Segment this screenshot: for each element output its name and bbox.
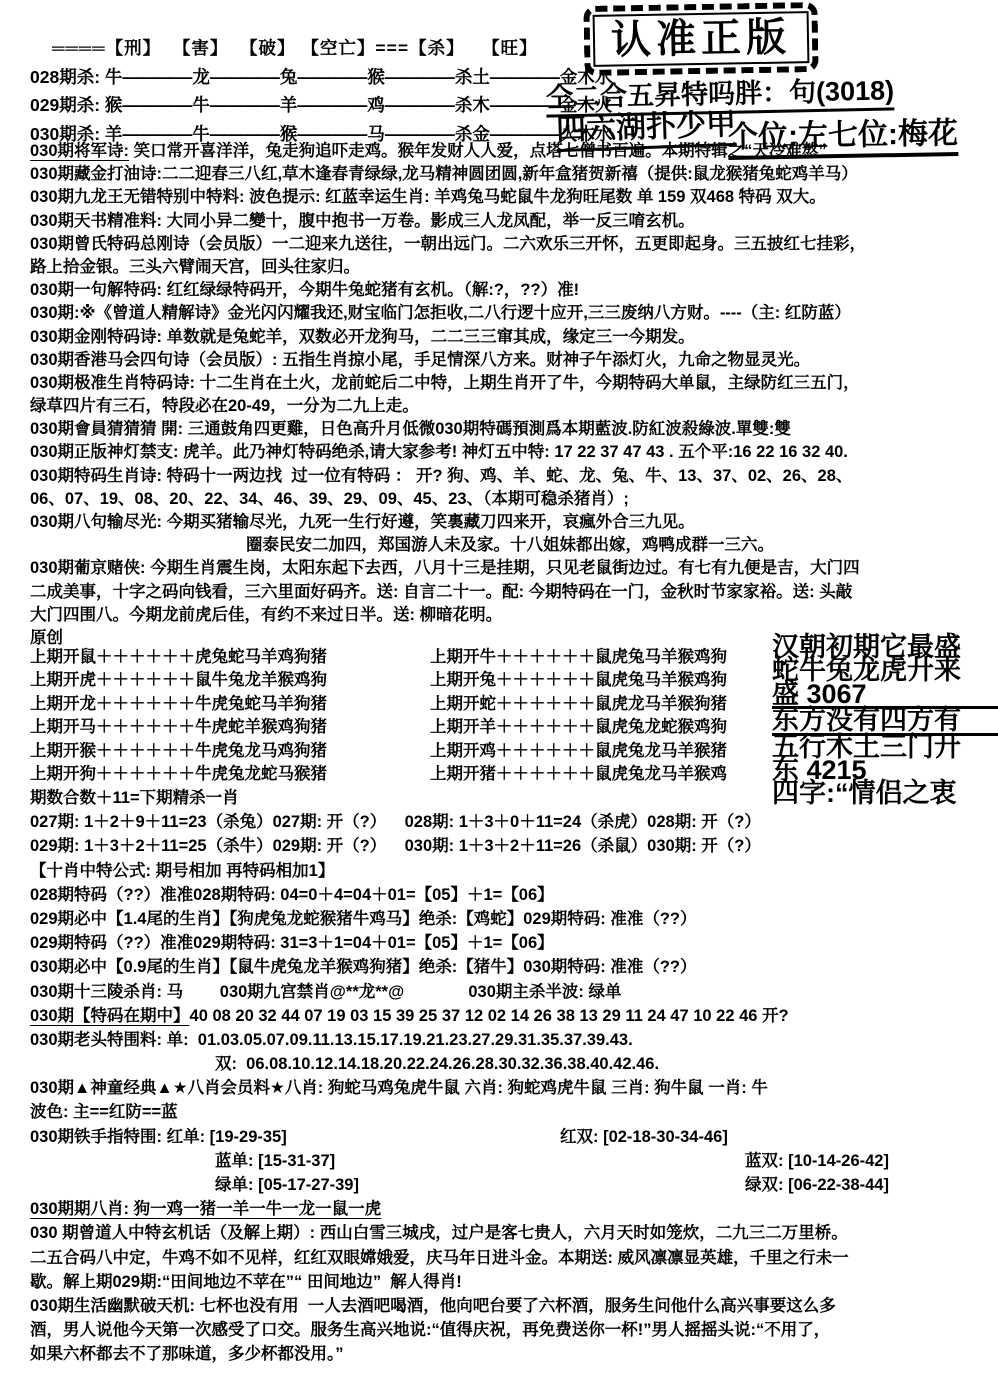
period-eight-zodiac-line: 030期期八肖: 狗一鸡一猪一羊一牛一龙一鼠一虎 bbox=[30, 1197, 992, 1221]
formula-line: 029期特码（??）准准029期特码: 31=3＋1=04＋01=【05】＋1=… bbox=[30, 931, 992, 955]
text-line: 030期特码生肖诗: 特码十一两边找 过一位有特码 ： 开? 狗、鸡、羊、蛇、龙… bbox=[30, 465, 990, 488]
line-text: 笑口常开喜洋洋，兔走狗追吓走鸡。猴年发财人人爱，点塔七僧书百遍。本期特辑之“天冷… bbox=[129, 142, 827, 160]
text-line: 030期藏金打油诗:二二迎春三八红,草木逢春青绿绿,龙马精神圆团圆,新年盒猪贺新… bbox=[30, 163, 990, 186]
line-label: 030期将军诗: bbox=[30, 142, 129, 160]
mystery-text-line: 歇。解上期029期:“田间地边不苹在”“ 田间地边” 解人得肖! bbox=[30, 1270, 992, 1294]
zodiac-row: 上期开猴＋＋＋＋＋＋牛虎兔龙马鸡狗猪 bbox=[30, 740, 327, 763]
text-line: 大门四围八。今期龙前虎后佳，有约不来过日半。送: 柳暗花明。 bbox=[30, 604, 990, 627]
mystery-text-line: 030 期曾道人中特玄机话（及解上期）: 西山白雪三城戌，过户是客七贵人，六月天… bbox=[30, 1221, 992, 1245]
text-line: 030期:※《曾道人精解诗》金光闪闪耀我还,财宝临门怎拒收,二八行逻十应开,三三… bbox=[30, 302, 990, 325]
verse-body: 030期将军诗: 笑口常开喜洋洋，兔走狗追吓走鸡。猴年发财人人爱，点塔七僧书百遍… bbox=[30, 140, 990, 650]
blue-single-cell: 蓝单: [15-31-37] bbox=[30, 1149, 745, 1173]
text-line: 030期金刚特码诗: 单数就是兔蛇羊，双数必开龙狗马，二二三三窜其成，缘定三一今… bbox=[30, 326, 990, 349]
kill-row-029: 029期杀: 猴————牛————羊————鸡————杀木————金木火 bbox=[30, 91, 612, 120]
zodiac-left-column: 上期开鼠＋＋＋＋＋＋虎兔蛇马羊鸡狗猪 上期开虎＋＋＋＋＋＋鼠牛兔龙羊猴鸡狗 上期… bbox=[30, 646, 327, 786]
formula-line: 【十肖中特公式: 期号相加 再特码相加1】 bbox=[30, 859, 992, 883]
zodiac-row: 上期开龙＋＋＋＋＋＋牛虎兔蛇马羊狗猪 bbox=[30, 693, 327, 716]
iron-finger-row: 绿单: [05-17-27-39] 绿双: [06-22-38-44] bbox=[30, 1173, 992, 1197]
text-line: 030期香港马会四句诗（会员版）: 五指生肖掠小尾，手足情深八方来。财神子午添灯… bbox=[30, 349, 990, 372]
formula-line: 030期必中【0.9尾的生肖】【鼠牛虎兔龙羊猴鸡狗猪】绝杀:【猪牛】030期特码… bbox=[30, 955, 992, 979]
even-numbers-line: 双: 06.08.10.12.14.18.20.22.24.26.28.30.3… bbox=[30, 1052, 992, 1076]
formula-line: 027期: 1＋2＋9＋11=23（杀兔）027期: 开（?） 028期: 1＋… bbox=[30, 810, 992, 834]
text-line: 期数合数＋11=下期精杀一肖 bbox=[30, 786, 992, 810]
formula-line: 029期: 1＋3＋2＋11=25（杀牛）029期: 开（?） 030期: 1＋… bbox=[30, 834, 992, 858]
lottery-tip-sheet: ════【刑】 【害】 【破】 【空亡】===【杀】 【旺】 028期杀: 牛—… bbox=[0, 0, 998, 1388]
blue-double-cell: 蓝双: [10-14-26-42] bbox=[745, 1149, 889, 1173]
kill-row-028: 028期杀: 牛————龙————兔————猴————杀土————金木水 bbox=[30, 63, 612, 92]
zodiac-row: 上期开鸡＋＋＋＋＋＋鼠虎兔龙马羊猴猪 bbox=[430, 740, 727, 763]
kill-zodiac-line: 030期十三陵杀肖: 马 030期九宫禁肖@**龙**@ 030期主杀半波: 绿… bbox=[30, 980, 992, 1004]
zodiac-row: 上期开猪＋＋＋＋＋＋鼠虎兔龙马羊猴鸡 bbox=[430, 763, 727, 786]
zodiac-row: 上期开牛＋＋＋＋＋＋鼠虎兔马羊猴鸡狗 bbox=[430, 646, 727, 669]
zodiac-right-column: 上期开牛＋＋＋＋＋＋鼠虎兔马羊猴鸡狗 上期开兔＋＋＋＋＋＋鼠虎兔马羊猴鸡狗 上期… bbox=[430, 646, 727, 786]
zodiac-row: 上期开蛇＋＋＋＋＋＋鼠虎龙马羊猴狗猪 bbox=[430, 693, 727, 716]
zodiac-row: 上期开鼠＋＋＋＋＋＋虎兔蛇马羊鸡狗猪 bbox=[30, 646, 327, 669]
eight-zodiac-line: 030期▲神童经典▲★八肖会员料★八肖: 狗蛇马鸡兔虎牛鼠 六肖: 狗蛇鸡虎牛鼠… bbox=[30, 1076, 992, 1100]
centered-verse-line: 圈泰民安二加四，郑国游人未及家。十八姐妹都出嫁，鸡鸭成群一三六。 bbox=[30, 534, 990, 557]
text-line: 030期九龙王无错特别中特料: 波色提示: 红蓝幸运生肖: 羊鸡兔马蛇鼠牛龙狗旺… bbox=[30, 186, 990, 209]
text-line: 030期曾氏特码总刚诗（会员版）一二迎来九送往，一朝出远门。二六欢乐三开怀，五更… bbox=[30, 233, 990, 256]
zodiac-row: 上期开马＋＋＋＋＋＋牛虎蛇羊猴鸡狗猪 bbox=[30, 716, 327, 739]
humor-text-line: 如果六杯都去不了那味道，多少杯都没用。” bbox=[30, 1342, 992, 1366]
odd-numbers-line: 030期老头特围料: 单: 01.03.05.07.09.11.13.15.17… bbox=[30, 1028, 992, 1052]
text-line: 030期葡京赌侠: 今期生肖震生岗，太阳东起下去西，八月十三是挂期，只见老鼠街边… bbox=[30, 557, 990, 580]
zodiac-row: 上期开虎＋＋＋＋＋＋鼠牛兔龙羊猴鸡狗 bbox=[30, 669, 327, 692]
zodiac-row: 上期开羊＋＋＋＋＋＋鼠虎兔龙蛇猴鸡狗 bbox=[430, 716, 727, 739]
text-line: 030期一句解特码: 红红绿绿特码开，今期牛兔蛇猪有玄机。（解:?，??）准! bbox=[30, 279, 990, 302]
red-single-cell: 030期铁手指特围: 红单: [19-29-35] bbox=[30, 1125, 560, 1149]
iron-finger-row: 030期铁手指特围: 红单: [19-29-35] 红双: [02-18-30-… bbox=[30, 1125, 992, 1149]
stamp-text: 认准正版 bbox=[593, 11, 810, 67]
text-line: 030期八句输尽光: 今期买猪输尽光，九死一生行好遵，笑裏藏刀四来开，哀瘋外合三… bbox=[30, 511, 990, 534]
iron-finger-row: 蓝单: [15-31-37] 蓝双: [10-14-26-42] bbox=[30, 1149, 992, 1173]
text-line: 030期天书精准料: 大同小异二變十，腹中抱书一万卷。影成三人龙凤配，举一反三唷… bbox=[30, 210, 990, 233]
zodiac-row: 上期开兔＋＋＋＋＋＋鼠虎兔马羊猴鸡狗 bbox=[430, 669, 727, 692]
text-line: 06、07、19、08、20、22、34、46、39、29、09、45、23、（… bbox=[30, 488, 990, 511]
genuine-version-stamp: 认准正版 bbox=[583, 2, 818, 76]
text-line: 二成美事，十字之码向钱看，三六里面好码齐。送: 自言二十一。配: 今期特码在一门… bbox=[30, 581, 990, 604]
text-line: 030期正版神灯禁支: 虎羊。此乃神灯特码绝杀,请大家参考! 神灯五中特: 17… bbox=[30, 441, 990, 464]
wave-color-line: 波色: 主==红防==蓝 bbox=[30, 1100, 992, 1124]
numbers-in-period-line: 030期【特码在期中】40 08 20 32 44 07 19 03 15 39… bbox=[30, 1004, 992, 1028]
zodiac-row: 上期开狗＋＋＋＋＋＋牛虎兔龙蛇马猴猪 bbox=[30, 763, 327, 786]
text-line: 030期将军诗: 笑口常开喜洋洋，兔走狗追吓走鸡。猴年发财人人爱，点塔七僧书百遍… bbox=[30, 140, 990, 163]
red-double-cell: 红双: [02-18-30-34-46] bbox=[560, 1125, 728, 1149]
formula-line: 029期必中【1.4尾的生肖】【狗虎兔龙蛇猴猪牛鸡马】绝杀:【鸡蛇】029期特码… bbox=[30, 907, 992, 931]
text-line: 030期會員猜猜猜 開: 三通鼓角四更雞，日色高升月低微030期特碼預測爲本期藍… bbox=[30, 418, 990, 441]
text-line: 030期极准生肖特码诗: 十二生肖在土火，龙前蛇后二中特，上期生肖开了牛，今期特… bbox=[30, 372, 990, 395]
humor-text-line: 030期生活幽默破天机: 七杯也没有用 一人去酒吧喝酒，他向吧台要了六杯酒，服务… bbox=[30, 1294, 992, 1318]
green-double-cell: 绿双: [06-22-38-44] bbox=[745, 1173, 889, 1197]
green-single-cell: 绿单: [05-17-27-39] bbox=[30, 1173, 745, 1197]
text-line: 绿草四片有三石，特段必在20-49，一分为二九上走。 bbox=[30, 395, 990, 418]
kill-table-header: ════【刑】 【害】 【破】 【空亡】===【杀】 【旺】 bbox=[30, 34, 612, 63]
line-text: 40 08 20 32 44 07 19 03 15 39 25 37 12 0… bbox=[190, 1007, 789, 1025]
side-annotation-block: 汉朝初期它最盛 蛇牛兔龙虎廾来 盛 3067 东方没有四方有 五行木土三门廾 东… bbox=[772, 636, 998, 806]
formula-body: 期数合数＋11=下期精杀一肖 027期: 1＋2＋9＋11=23（杀兔）027期… bbox=[30, 786, 992, 1367]
line-label: 030期【特码在期中】 bbox=[30, 1007, 190, 1025]
mystery-text-line: 二五合码八中定，牛鸡不如不见样，红红双眼嫦娥爱，庆马年日进斗金。本期送: 威风凛… bbox=[30, 1246, 992, 1270]
kill-table: ════【刑】 【害】 【破】 【空亡】===【杀】 【旺】 028期杀: 牛—… bbox=[30, 34, 612, 148]
formula-line: 028期特码（??）准准028期特码: 04=0＋4=04＋01=【05】＋1=… bbox=[30, 883, 992, 907]
humor-text-line: 酒，男人说他今天第一次感受了口交。服务生高兴地说:“值得庆祝，再免费送你一杯!”… bbox=[30, 1318, 992, 1342]
text-line: 路上拾金银。三头六臂闹天宫，回头往家归。 bbox=[30, 256, 990, 279]
